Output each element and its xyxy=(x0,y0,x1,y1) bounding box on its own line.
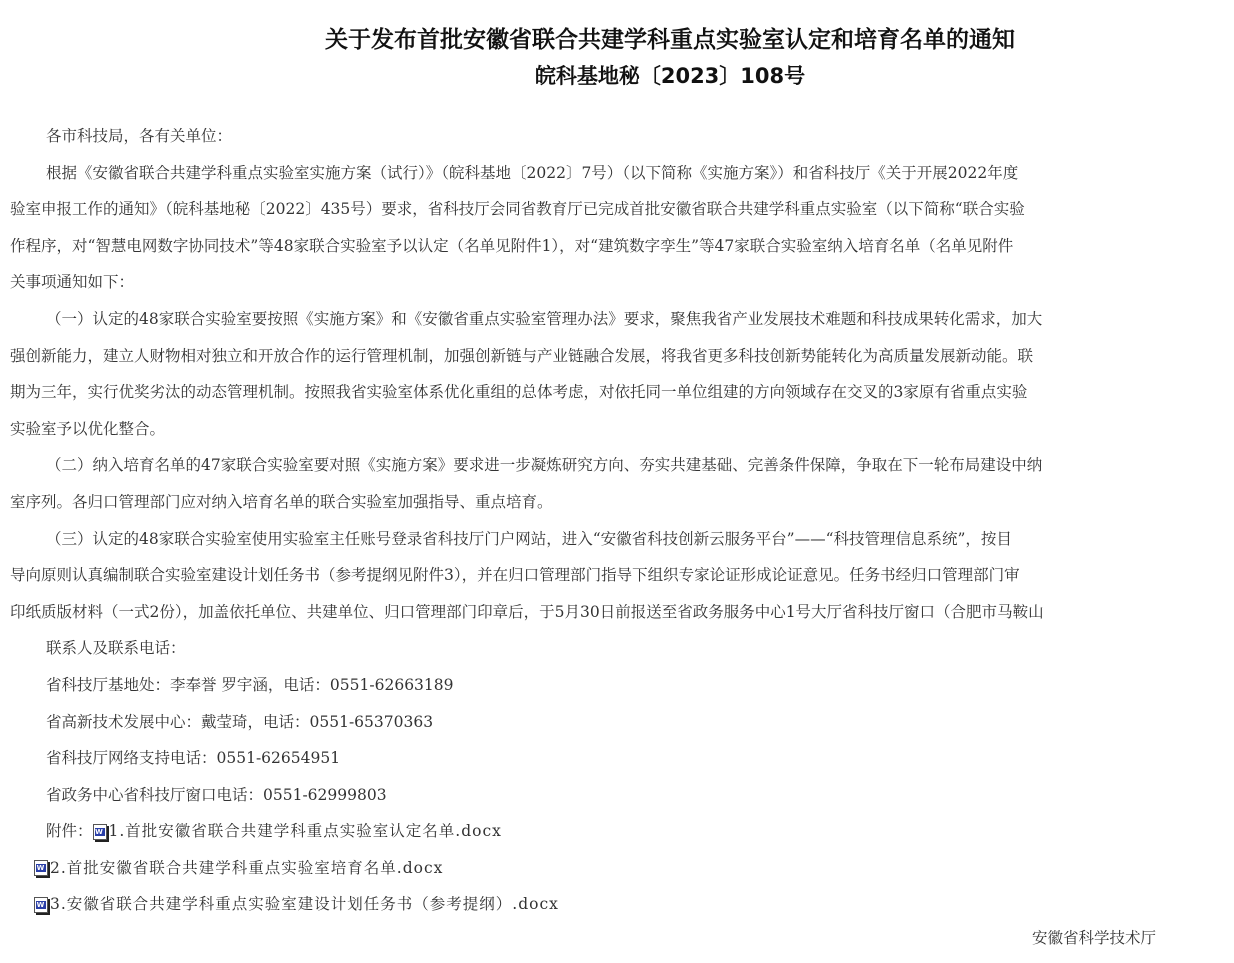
page-title: 关于发布首批安徽省联合共建学科重点实验室认定和培育名单的通知 xyxy=(0,24,1234,56)
attachments-label: 附件： xyxy=(46,813,93,850)
attachment-row: 附件： 1.首批安徽省联合共建学科重点实验室认定名单.docx xyxy=(10,813,1220,850)
paragraph-line: 作程序，对“智慧电网数字协同技术”等48家联合实验室予以认定（名单见附件1），对… xyxy=(10,228,1220,265)
paragraph-line: （一）认定的48家联合实验室要按照《实施方案》和《安徽省重点实验室管理办法》要求… xyxy=(10,301,1220,338)
paragraph-line: 导向原则认真编制联合实验室建设计划任务书（参考提纲见附件3），并在归口管理部门指… xyxy=(10,557,1220,594)
paragraph-line: 验室申报工作的通知》（皖科基地秘〔2022〕435号）要求，省科技厅会同省教育厅… xyxy=(10,191,1220,228)
paragraph-line: （三）认定的48家联合实验室使用实验室主任账号登录省科技厅门户网站，进入“安徽省… xyxy=(10,521,1220,558)
contact-line: 省高新技术发展中心：戴莹琦，电话：0551-65370363 xyxy=(10,704,1220,741)
contact-line: 省科技厅网络支持电话：0551-62654951 xyxy=(10,740,1220,777)
salutation: 各市科技局，各有关单位： xyxy=(10,118,1220,155)
paragraph-line: 根据《安徽省联合共建学科重点实验室实施方案（试行）》（皖科基地〔2022〕7号）… xyxy=(10,155,1220,192)
word-doc-icon[interactable] xyxy=(34,860,48,876)
paragraph-line: 实验室予以优化整合。 xyxy=(10,411,1220,448)
paragraph-line: 关事项通知如下： xyxy=(10,264,1220,301)
contact-line: 省科技厅基地处：李奉誉 罗宇涵，电话：0551-62663189 xyxy=(10,667,1220,704)
attachment-link-3[interactable]: 3.安徽省联合共建学科重点实验室建设计划任务书（参考提纲）.docx xyxy=(50,886,559,923)
signature: 安徽省科学技术厅 xyxy=(1032,926,1156,948)
attachment-link-2[interactable]: 2.首批安徽省联合共建学科重点实验室培育名单.docx xyxy=(50,850,443,887)
paragraph-line: 期为三年，实行优奖劣汰的动态管理机制。按照我省实验室体系优化重组的总体考虑，对依… xyxy=(10,374,1220,411)
contact-line: 省政务中心省科技厅窗口电话：0551-62999803 xyxy=(10,777,1220,814)
document-number: 皖科基地秘〔2023〕108号 xyxy=(0,60,1234,92)
attachment-row: 3.安徽省联合共建学科重点实验室建设计划任务书（参考提纲）.docx xyxy=(10,886,1220,923)
word-doc-icon[interactable] xyxy=(93,824,107,840)
attachment-link-1[interactable]: 1.首批安徽省联合共建学科重点实验室认定名单.docx xyxy=(109,813,502,850)
paragraph-line: （二）纳入培育名单的47家联合实验室要对照《实施方案》要求进一步凝炼研究方向、夯… xyxy=(10,447,1220,484)
notice-page: 关于发布首批安徽省联合共建学科重点实验室认定和培育名单的通知 皖科基地秘〔202… xyxy=(0,0,1234,963)
notice-body: 各市科技局，各有关单位： 根据《安徽省联合共建学科重点实验室实施方案（试行）》（… xyxy=(10,118,1220,923)
paragraph-line: 室序列。各归口管理部门应对纳入培育名单的联合实验室加强指导、重点培育。 xyxy=(10,484,1220,521)
attachment-row: 2.首批安徽省联合共建学科重点实验室培育名单.docx xyxy=(10,850,1220,887)
contacts-heading: 联系人及联系电话： xyxy=(10,630,1220,667)
paragraph-line: 强创新能力，建立人财物相对独立和开放合作的运行管理机制，加强创新链与产业链融合发… xyxy=(10,338,1220,375)
word-doc-icon[interactable] xyxy=(34,897,48,913)
paragraph-line: 印纸质版材料（一式2份），加盖依托单位、共建单位、归口管理部门印章后，于5月30… xyxy=(10,594,1220,631)
